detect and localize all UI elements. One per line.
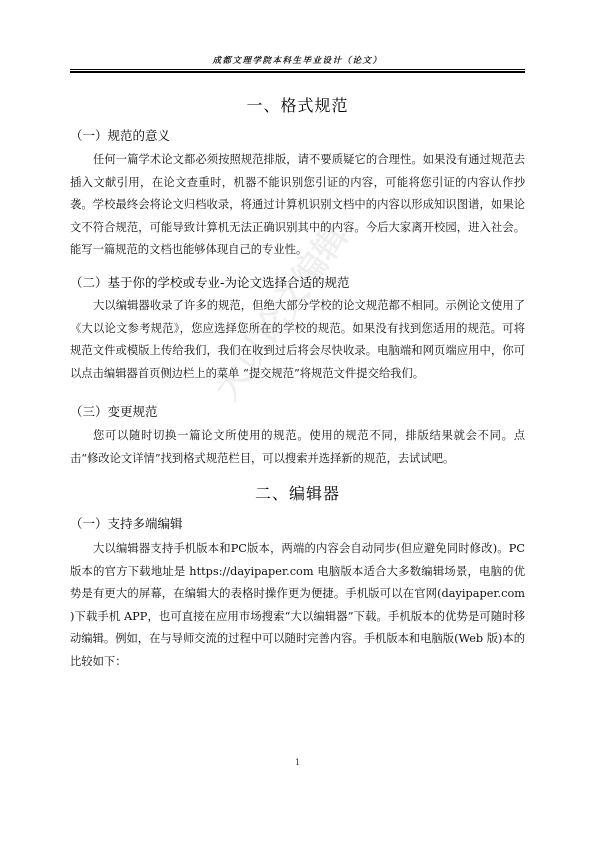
header-rule-thin (70, 69, 525, 70)
paragraph-meaning: 任何一篇学术论文都必须按照规范排版，请不要质疑它的合理性。如果没有通过规范去插入… (70, 149, 525, 262)
subsection-title-choose-spec: （二）基于你的学校或专业-为论文选择合适的规范 (70, 273, 350, 291)
subsection-title-meaning: （一）规范的意义 (70, 126, 170, 144)
subsection-title-multi-device: （一）支持多端编辑 (70, 514, 183, 532)
subsection-title-change-spec: （三）变更规范 (70, 402, 158, 420)
paragraph-multi-device: 大以编辑器支持手机版本和PC版本，两端的内容会自动同步(但应避免同时修改)。PC… (70, 538, 525, 673)
header-rule-thick (70, 71, 525, 73)
running-header: 成都文理学院本科生毕业设计（论文） (70, 54, 525, 66)
paragraph-change-spec: 您可以随时切换一篇论文所使用的规范。使用的规范不同，排版结果就会不同。点击“修改… (70, 425, 525, 470)
section-title-editor: 二、编辑器 (70, 481, 525, 504)
document-page: 成都文理学院本科生毕业设计（论文） 大以论文编辑 一、格式规范 （一）规范的意义… (0, 0, 595, 842)
paragraph-choose-spec: 大以编辑器收录了许多的规范，但绝大部分学校的论文规范都不相同。示例论文使用了《大… (70, 295, 525, 385)
page-number: 1 (0, 758, 595, 767)
section-title-format: 一、格式规范 (70, 93, 525, 116)
